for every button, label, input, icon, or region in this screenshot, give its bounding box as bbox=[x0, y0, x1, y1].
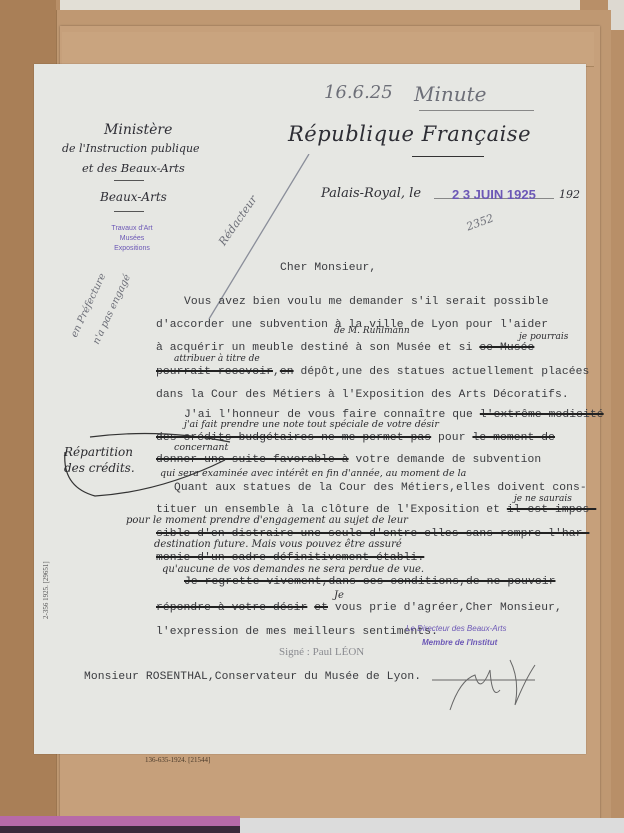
place-label: Palais-Royal, le bbox=[321, 186, 421, 201]
side-print-mark: 2-356 1925. [29651] bbox=[42, 561, 50, 619]
letter-line: donner une suite favorable à votre deman… bbox=[156, 454, 541, 466]
service-stamp-line: Travaux d'Art bbox=[102, 224, 162, 234]
director-stamp-line-2: Membre de l'Institut bbox=[422, 638, 497, 647]
handwritten-insertion: qu'aucune de vos demandes ne sera perdue… bbox=[162, 564, 424, 575]
director-stamp-line-1: Le Directeur des Beaux-Arts bbox=[406, 624, 507, 633]
letter-line: l'expression de mes meilleurs sentiments… bbox=[156, 626, 438, 638]
handwritten-insertion: de M. Ruhlmann bbox=[334, 326, 410, 336]
struck-text: le moment de bbox=[472, 432, 555, 444]
bottom-dark-object bbox=[0, 826, 240, 833]
line-text: votre demande de subvention bbox=[349, 454, 542, 466]
struck-text: donner une suite favorable à bbox=[156, 454, 349, 466]
handwritten-insertion: je ne saurais bbox=[514, 494, 572, 504]
letter-line: à acquérir un meuble destiné à son Musée… bbox=[156, 342, 534, 354]
recipient: Monsieur ROSENTHAL,Conservateur du Musée… bbox=[84, 671, 421, 683]
pencil-date-note: 16.6.25 bbox=[324, 82, 393, 103]
struck-text: pourrait recevoir bbox=[156, 366, 273, 378]
handwritten-insertion: qui sera examinée avec intérêt en fin d'… bbox=[160, 468, 466, 479]
margin-note-line: des crédits. bbox=[64, 460, 135, 476]
handwritten-insertion: pour le moment prendre d'engagement au s… bbox=[126, 515, 408, 526]
divider bbox=[114, 211, 144, 212]
ministry-line-3: et des Beaux-Arts bbox=[82, 161, 185, 175]
ministry-line-2: de l'Instruction publique bbox=[62, 142, 200, 155]
struck-text: ce Musée bbox=[479, 342, 534, 354]
letter-line: Vous avez bien voulu me demander s'il se… bbox=[184, 296, 549, 308]
salutation: Cher Monsieur, bbox=[280, 262, 376, 274]
year-prefix: 192 bbox=[559, 188, 580, 201]
handwritten-insertion: je pourrais bbox=[519, 332, 568, 342]
signed-by: Signé : Paul LÉON bbox=[279, 646, 364, 658]
letter-line: répondre à votre désir et vous prie d'ag… bbox=[156, 602, 562, 614]
struck-text: en bbox=[280, 366, 294, 378]
footer-print-mark: 136-635-1924. [21544] bbox=[145, 756, 210, 764]
struck-text: Je regrette vivement,dans ces conditions… bbox=[184, 576, 555, 588]
date-stamp: 2 3 JUIN 1925 bbox=[452, 187, 536, 202]
line-text: pour bbox=[431, 432, 472, 444]
struck-text: et bbox=[314, 602, 328, 614]
handwritten-insertion: destination future. Mais vous pouvez êtr… bbox=[154, 539, 402, 550]
pencil-minute-note: Minute bbox=[414, 82, 487, 106]
letter-line: dans la Cour des Métiers à l'Exposition … bbox=[156, 389, 569, 401]
letter-line: monie d'un cadre définitivement établi. bbox=[156, 552, 424, 564]
service-stamp: Travaux d'Art Musées Expositions bbox=[102, 224, 162, 254]
letter-line: Je regrette vivement,dans ces conditions… bbox=[184, 576, 555, 588]
handwritten-insertion: Je bbox=[334, 590, 344, 601]
ministry-line-1: Ministère bbox=[104, 122, 172, 138]
handwritten-insertion: attribuer à titre de bbox=[174, 354, 260, 364]
struck-text: il est impos- bbox=[507, 504, 596, 516]
service-stamp-line: Musées bbox=[102, 234, 162, 244]
struck-text: répondre à votre désir bbox=[156, 602, 307, 614]
line-text: dépôt,une des statues actuellement placé… bbox=[294, 366, 590, 378]
struck-text: l'extrême modicité bbox=[480, 409, 604, 421]
handwritten-insertion: concernant bbox=[174, 442, 228, 453]
republic-heading: République Française bbox=[288, 122, 531, 146]
line-text: vous prie d'agréer,Cher Monsieur, bbox=[328, 602, 562, 614]
department: Beaux-Arts bbox=[100, 190, 167, 204]
margin-ink-note: Répartition des crédits. bbox=[64, 444, 135, 476]
line-text: à acquérir un meuble destiné à son Musée… bbox=[156, 342, 479, 354]
handwritten-signature bbox=[430, 650, 540, 720]
bottom-white-object bbox=[240, 818, 624, 833]
letter-page: Ministère de l'Instruction publique et d… bbox=[34, 64, 586, 754]
divider bbox=[114, 180, 144, 181]
service-stamp-line: Expositions bbox=[102, 244, 162, 254]
margin-note-line: Répartition bbox=[64, 444, 135, 460]
struck-text: monie d'un cadre définitivement établi. bbox=[156, 552, 424, 564]
handwritten-insertion: j'ai fait prendre une note tout spéciale… bbox=[184, 419, 439, 430]
folder-flap bbox=[62, 32, 594, 67]
line-text: , bbox=[273, 366, 280, 378]
reference-number: 2352 bbox=[465, 212, 496, 234]
letter-line: pourrait recevoir,en dépôt,une des statu… bbox=[156, 366, 589, 378]
divider bbox=[412, 156, 484, 157]
letter-line: Quant aux statues de la Cour des Métiers… bbox=[174, 482, 587, 494]
pencil-underline bbox=[419, 110, 534, 111]
